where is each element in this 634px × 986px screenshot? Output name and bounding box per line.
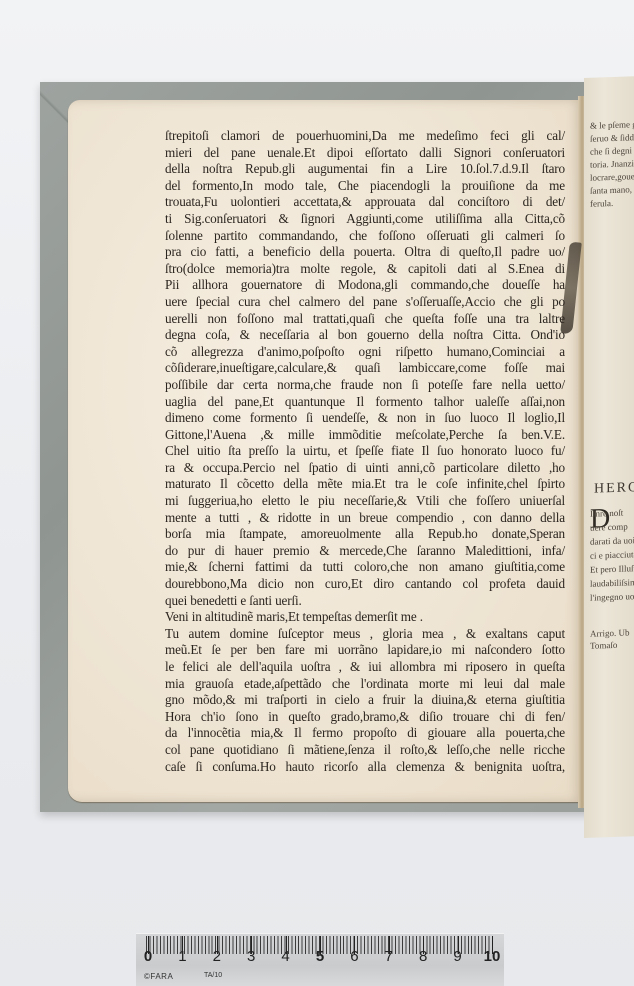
text-line: mie,& ſcherni fattimi da tutti coloro,ch…: [165, 559, 565, 576]
right-page-text-line: ſeruo & ſiddit: [590, 133, 634, 144]
text-line: uere ſpecial cura chel calmero del pane …: [165, 294, 565, 311]
text-line: gno mõdo,& mi traſporti in cielo a fruir…: [165, 692, 565, 709]
text-line: do pur di hauer premio & mercede,Che ſar…: [165, 543, 565, 560]
text-line: della noſtra Repub.gli augumentai fin a …: [165, 161, 565, 178]
text-line: cõ allegrezza d'animo,poſpoſto ogni riſp…: [165, 344, 565, 361]
text-line: Veni in altitudinẽ maris,Et tempeſtas de…: [165, 609, 565, 626]
text-line: degna coſa, & neceſſaria al bon gouerno …: [165, 327, 565, 344]
measurement-ruler: 012345678910 ©FARA TA/10: [136, 933, 504, 986]
right-page-text-line: Tomaſo: [590, 641, 617, 651]
text-line: ti Sig.conſeruatori & ſignori Aggiunti,c…: [165, 211, 565, 228]
right-page-text-line: Ilnre noſt: [590, 509, 623, 519]
right-page-text-line: ferula.: [590, 199, 613, 209]
text-line: ſolenne partito commandando, che foſſono…: [165, 228, 565, 245]
text-line: dourebbono,Ma dicio non curo,Et diro can…: [165, 576, 565, 593]
text-line: da l'innocẽtia mia,& Il fermo propoſto d…: [165, 725, 565, 742]
ruler-major-tick: [182, 936, 183, 954]
right-page-text-line: Arrigo. Ub: [590, 628, 630, 638]
text-line: ra & occupa.Percio nel ſpatio di uinti a…: [165, 460, 565, 477]
ruler-major-tick: [286, 936, 287, 954]
text-line: mieri del pane uenale.Et dipoi eſſortato…: [165, 145, 565, 162]
ruler-major-tick: [251, 936, 252, 954]
text-line: maturato Il cõcetto della mẽte mia.Et tr…: [165, 476, 565, 493]
ruler-major-tick: [458, 936, 459, 954]
right-page-fragment: HERC D & le pſeme gliſeruo & ſidditche ſ…: [584, 76, 634, 838]
text-line: Gittone,l'Auena ,& mille immõditie meſco…: [165, 427, 565, 444]
text-line: uerelli non foſſono mal trattati,quaſi c…: [165, 311, 565, 328]
right-page-text-line: darati da uoi co: [590, 536, 634, 547]
text-line: Hora ch'io ſono in queſto grado,bramo,& …: [165, 709, 565, 726]
text-line: trouata,Fu uolontieri accettata,& approu…: [165, 194, 565, 211]
text-line: poſſibile dar certa norma,che fraude non…: [165, 377, 565, 394]
text-line: Pii allhora gouernatore di Modona,gli co…: [165, 277, 565, 294]
ruler-major-tick: [492, 936, 493, 954]
text-line: borſa mia ſtampate, amoreuolmente alla R…: [165, 526, 565, 543]
text-line: col pane quotidiano ſi mãtiene,ſenza il …: [165, 742, 565, 759]
right-page-text-line: che ſi degni dar: [590, 146, 634, 157]
right-page-text-line: Et pero Illuſtrem: [590, 564, 634, 575]
text-line: uaglia del pane,Et quantunque Il forment…: [165, 394, 565, 411]
text-line: quei benedetti e ſanti uerſi.: [165, 593, 565, 610]
text-line: ſtro(dolce memoria)tra molte regole, & c…: [165, 261, 565, 278]
ruler-major-tick: [354, 936, 355, 954]
text-line: dimeno come formento ſi uendeſſe, & non …: [165, 410, 565, 427]
text-line: le felici ale dell'aquila uoſtra , & iui…: [165, 659, 565, 676]
right-page-text-line: toria. Jnanzi la: [590, 159, 634, 170]
ruler-major-tick: [148, 936, 149, 954]
ruler-major-tick: [389, 936, 390, 954]
right-page-text-line: uere comp: [590, 522, 628, 532]
text-line: mi ſuggeriua,ho eletto le piu neceſſarie…: [165, 493, 565, 510]
right-page-text-line: laudabiliſsimi moſtra: [590, 577, 634, 589]
ruler-major-tick: [320, 936, 321, 954]
text-line: meũ.Et ſe per ben fare mi uorrãno lapida…: [165, 642, 565, 659]
text-line: pra cio fatti, a beneficio della pouerta…: [165, 244, 565, 261]
text-line: cõſiderare,inueſtigare,calculare,& quaſi…: [165, 360, 565, 377]
text-line: mia grauoſa etade,aſpettãdo che l'ordina…: [165, 676, 565, 693]
ruler-model: TA/10: [204, 972, 222, 979]
right-page-text-line: & le pſeme gli: [590, 120, 634, 131]
text-line: caſe ſi conſuma.Ho hauto ricorſo alla cl…: [165, 759, 565, 776]
right-page-text-line: locrare,gouerna: [590, 172, 634, 183]
right-page-text-line: ſanta mano, che: [590, 185, 634, 196]
right-page-heading: HERC: [594, 480, 634, 498]
text-line: ſtrepitoſi clamori de pouerhuomini,Da me…: [165, 128, 565, 145]
left-page-text: ſtrepitoſi clamori de pouerhuomini,Da me…: [165, 128, 565, 775]
text-line: del formento,In modo tale, Che piacendog…: [165, 178, 565, 195]
text-line: Chel uitio ſta preſſo la uirtu, et ſpeſſ…: [165, 443, 565, 460]
ruler-major-tick: [217, 936, 218, 954]
text-line: Tu autem domine ſuſceptor meus , gloria …: [165, 626, 565, 643]
ruler-brand: ©FARA: [144, 972, 173, 981]
right-page-text-line: l'ingegno uoſtro,: [590, 592, 634, 603]
right-page-text-line: ci e piacciuta pe: [590, 550, 634, 561]
ruler-major-tick: [423, 936, 424, 954]
text-line: mente a tutti , & ridotte in un breue co…: [165, 510, 565, 527]
